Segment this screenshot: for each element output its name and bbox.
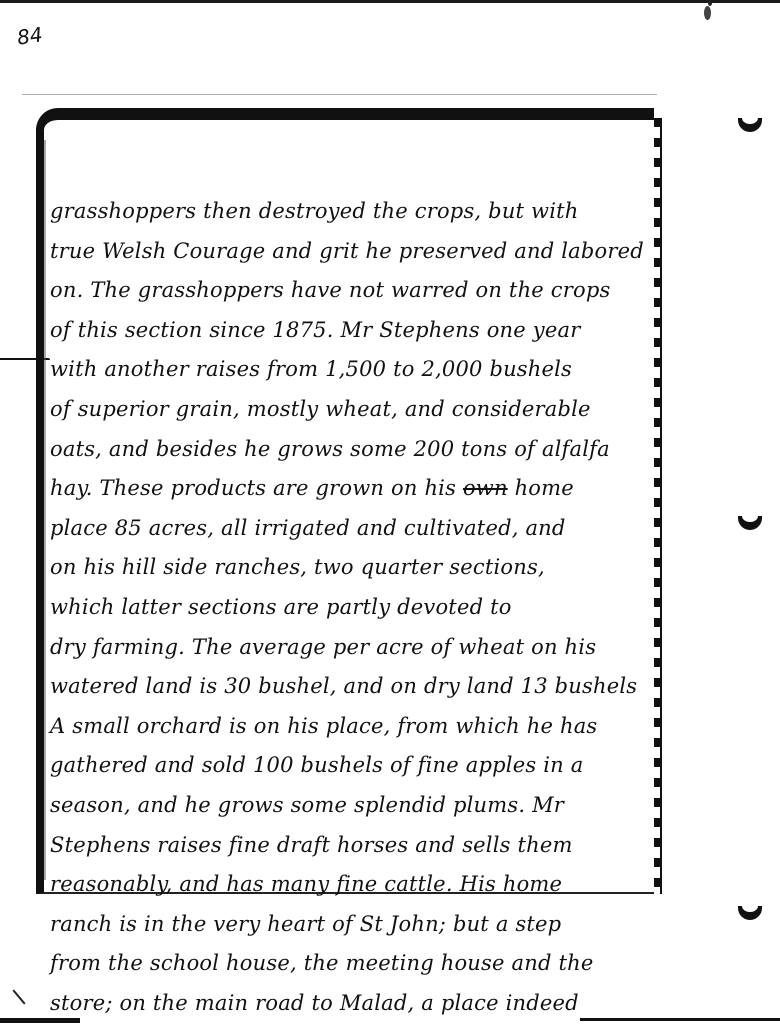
text-line: which latter sections are partly devoted… (50, 588, 660, 628)
text-line: on his hill side ranches, two quarter se… (50, 548, 660, 588)
text-line: of this section since 1875. Mr Stephens … (50, 311, 660, 351)
text-line: with another raises from 1,500 to 2,000 … (50, 350, 660, 390)
text-line: oats, and besides he grows some 200 tons… (50, 430, 660, 470)
text-line: ranch is in the very heart of St John; b… (50, 905, 660, 945)
text-line: A small orchard is on his place, from wh… (50, 707, 660, 747)
handwritten-text: grasshoppers then destroyed the crops, b… (50, 192, 660, 1023)
text-line: hay. These products are grown on his own… (50, 469, 660, 509)
scan-top-edge (0, 0, 780, 3)
text-line: store; on the main road to Malad, a plac… (50, 984, 660, 1024)
text-line: reasonably, and has many fine cattle. Hi… (50, 865, 660, 905)
text-line: gathered and sold 100 bushels of fine ap… (50, 746, 660, 786)
faint-ruled-line (22, 94, 657, 95)
text-line: place 85 acres, all irrigated and cultiv… (50, 509, 660, 549)
margin-rule (44, 140, 46, 880)
text-line: grasshoppers then destroyed the crops, b… (50, 192, 660, 232)
text-segment: home (508, 476, 574, 500)
text-line: Stephens raises fine draft horses and se… (50, 826, 660, 866)
text-line: watered land is 30 bushel, and on dry la… (50, 667, 660, 707)
struck-word: own (463, 476, 508, 500)
text-line: dry farming. The average per acre of whe… (50, 628, 660, 668)
binder-hole-icon (738, 118, 762, 132)
scan-bottom-edge (580, 1018, 780, 1021)
binder-hole-icon (738, 906, 762, 920)
stray-mark (12, 989, 25, 1004)
ink-blot (704, 6, 711, 20)
page-number: 84 (15, 22, 44, 49)
scan-bottom-edge (0, 1018, 80, 1023)
text-segment: hay. These products are grown on his (50, 476, 463, 500)
text-line: true Welsh Courage and grit he preserved… (50, 232, 660, 272)
text-line: on. The grasshoppers have not warred on … (50, 271, 660, 311)
text-line: of superior grain, mostly wheat, and con… (50, 390, 660, 430)
ink-blot (708, 0, 712, 6)
text-line: season, and he grows some splendid plums… (50, 786, 660, 826)
binder-hole-icon (738, 516, 762, 530)
text-line: from the school house, the meeting house… (50, 944, 660, 984)
